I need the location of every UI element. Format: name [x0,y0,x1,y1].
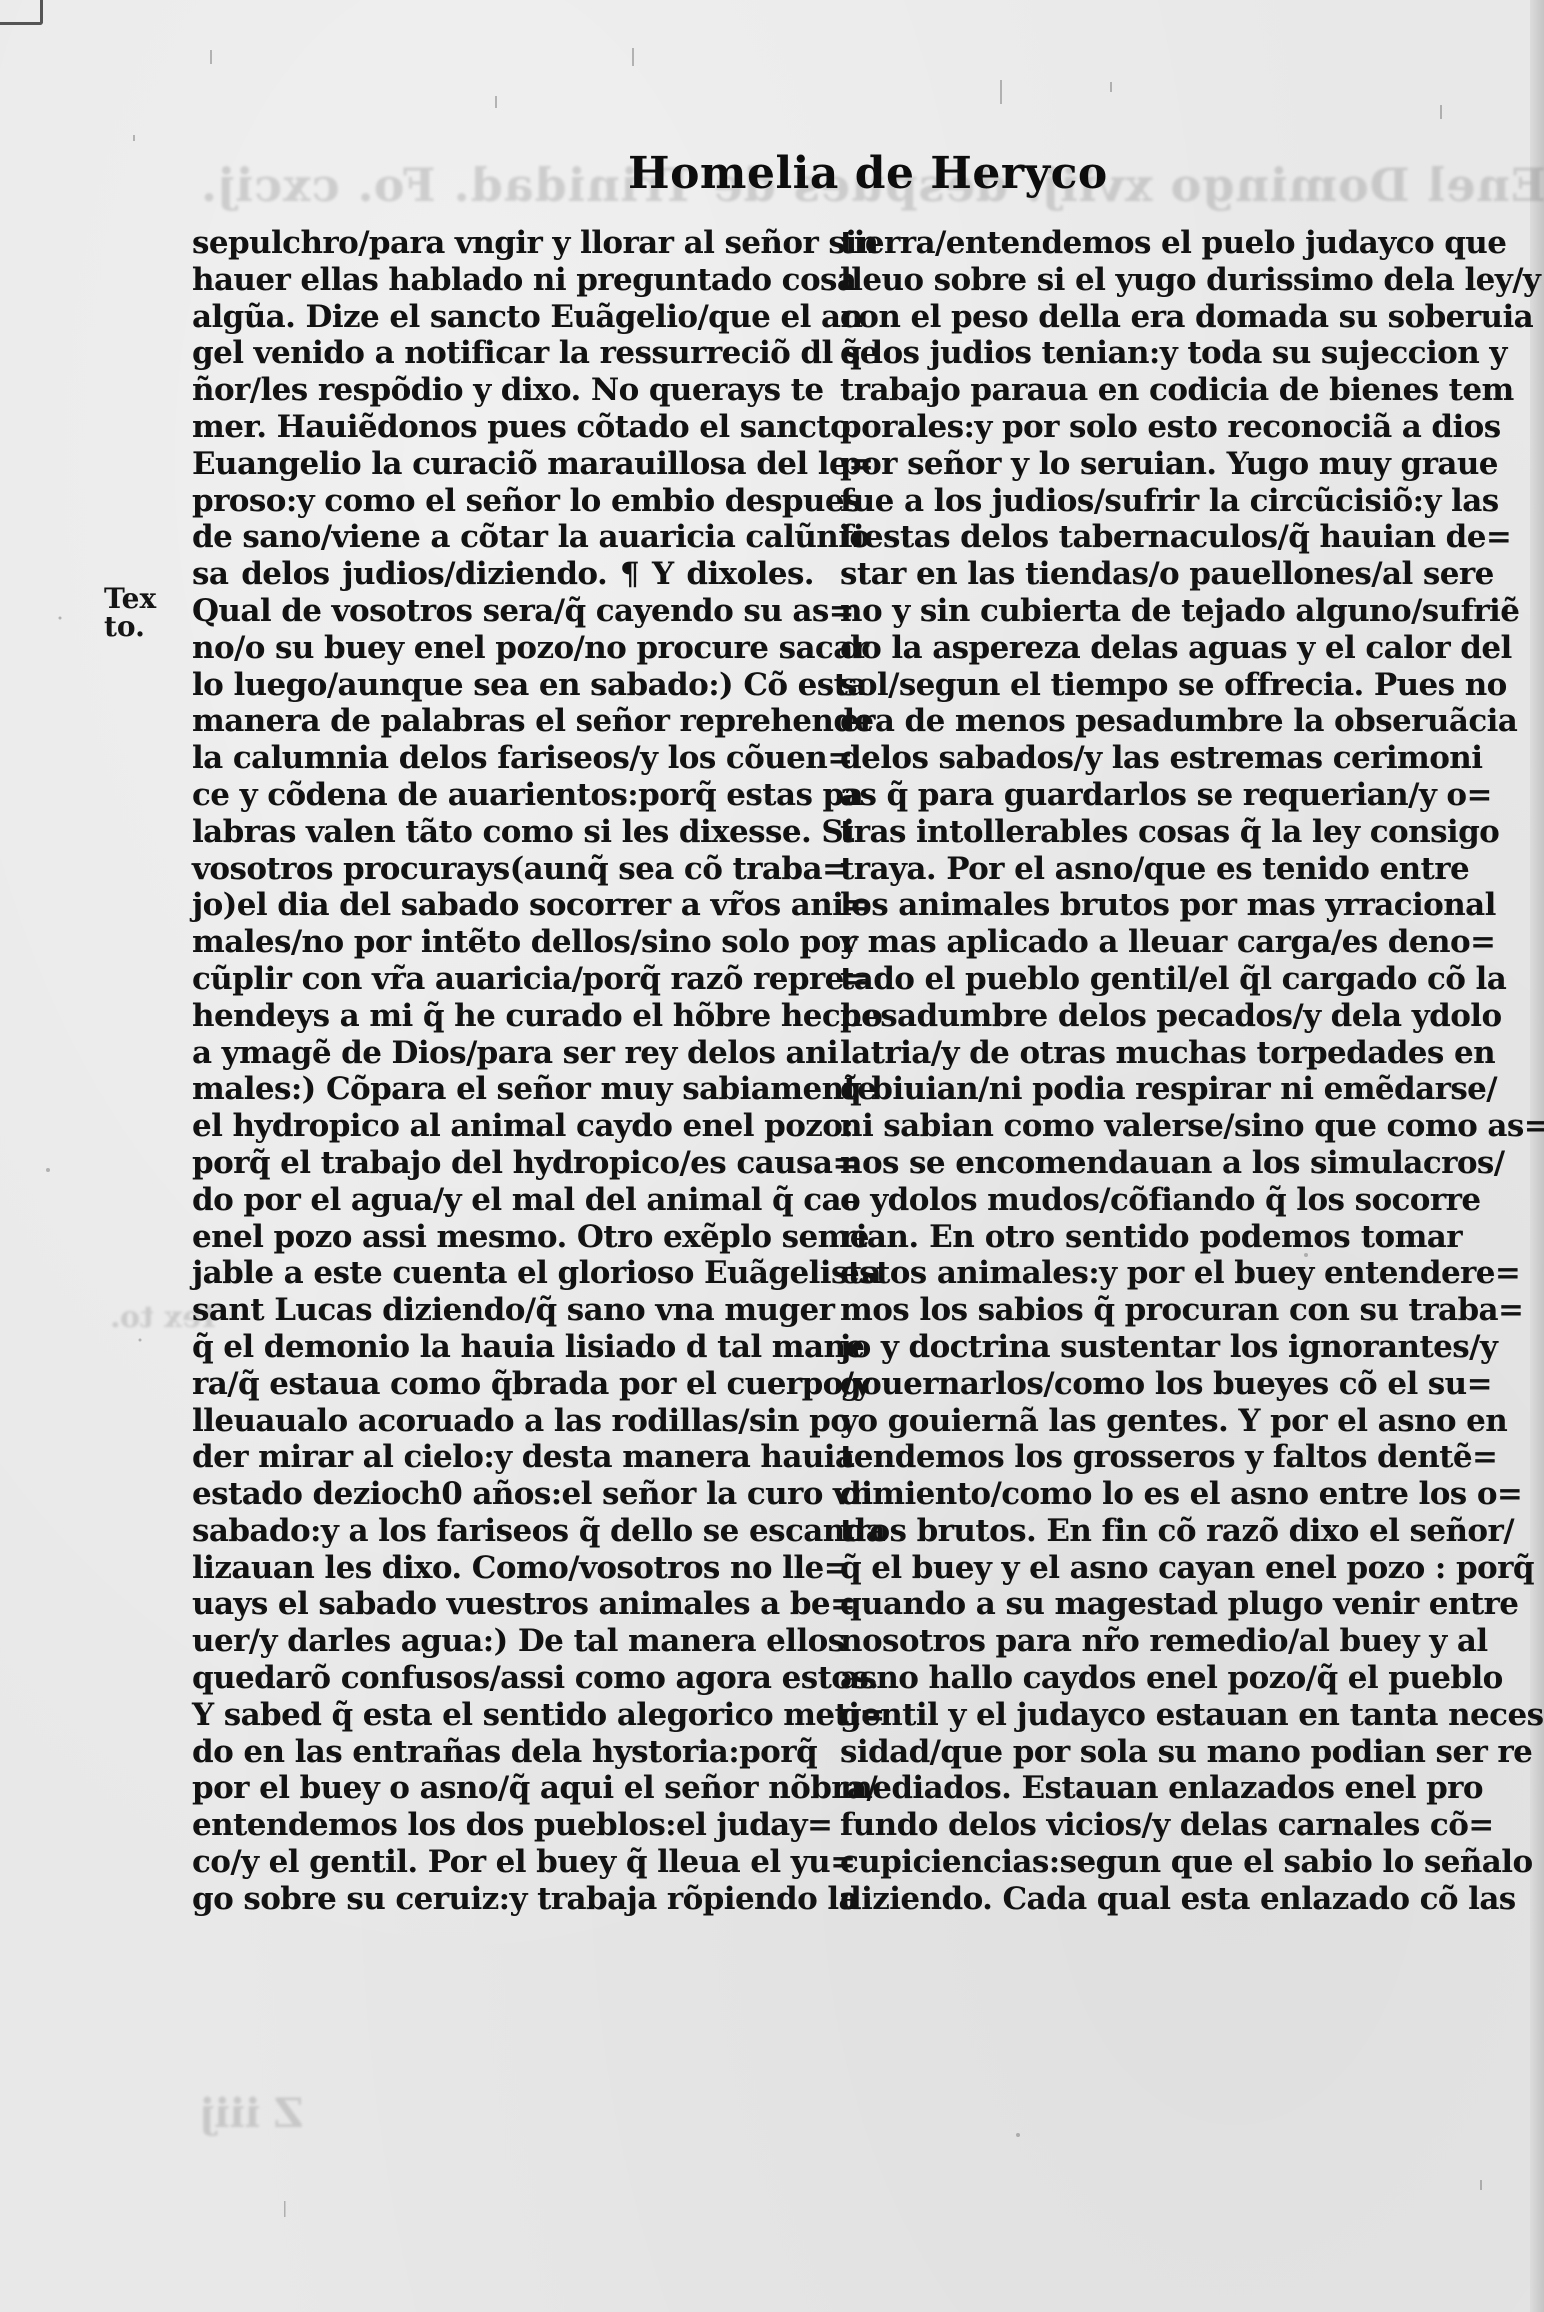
text-line: tado el pueblo gentil/el q̃l cargado cõ … [840,961,1462,998]
text-line: rian. En otro sentido podemos tomar [840,1219,1462,1256]
text-line: der mirar al cielo:y desta manera hauia [192,1439,814,1476]
text-line: males:) Cõpara el señor muy sabiamente [192,1071,814,1108]
text-line: o ydolos mudos/cõfiando q̃ los socorre [840,1182,1462,1219]
text-line: tierra/entendemos el puelo judayco que [840,225,1462,262]
scanned-page: Enel Domingo xviij. despues de Trinidad.… [0,0,1544,2312]
text-line: y mas aplicado a lleuar carga/es deno= [840,924,1462,961]
text-line: tendemos los grosseros y faltos dentẽ= [840,1439,1462,1476]
text-line: mediados. Estauan enlazados enel pro [840,1770,1462,1807]
text-line: sepulchro/para vngir y llorar al señor s… [192,225,814,262]
text-line: sant Lucas diziendo/q̃ sano vna muger [192,1292,814,1329]
text-line: cũplir con vr̃a auaricia/porq̃ razõ repr… [192,961,814,998]
text-line: Y sabed q̃ esta el sentido alegorico met… [192,1697,814,1734]
text-line: entendemos los dos pueblos:el juday= [192,1807,814,1844]
text-line: traya. Por el asno/que es tenido entre [840,851,1462,888]
text-line: por el buey o asno/q̃ aqui el señor nõbr… [192,1770,814,1807]
text-line: do por el agua/y el mal del animal q̃ ca… [192,1182,814,1219]
text-line: gel venido a notificar la ressurreciõ dl… [192,335,814,372]
text-line: porales:y por solo esto reconociã a dios [840,409,1462,446]
text-line: Qual de vosotros sera/q̃ cayendo su as= [192,593,814,630]
text-line: q̃ los judios tenian:y toda su sujeccion… [840,335,1462,372]
text-line: delos sabados/y las estremas cerimoni [840,740,1462,777]
text-line: uays el sabado vuestros animales a be= [192,1586,814,1623]
text-line: quedarõ confusos/assi como agora estos. [192,1660,814,1697]
text-line: algũa. Dize el sancto Euãgelio/que el an [192,299,814,336]
text-line: q̃ el demonio la hauia lisiado d tal man… [192,1329,814,1366]
text-line: q̃ biuian/ni podia respirar ni emẽdarse/ [840,1071,1462,1108]
text-line: pesadumbre delos pecados/y dela ydolo [840,998,1462,1035]
text-line: jo)el dia del sabado socorrer a vr̃os an… [192,887,814,924]
text-line: lizauan les dixo. Como/vosotros no lle= [192,1550,814,1587]
text-line: do en las entrañas dela hystoria:porq̃ [192,1734,814,1771]
marginal-note-text: Tex to. [104,585,164,641]
text-line: porq̃ el trabajo del hydropico/es causa= [192,1145,814,1182]
text-line: a ymagẽ de Dios/para ser rey delos ani [192,1035,814,1072]
text-line: fundo delos vicios/y delas carnales cõ= [840,1807,1462,1844]
text-line: labras valen tãto como si les dixesse. S… [192,814,814,851]
text-line: yo gouiernã las gentes. Y por el asno en [840,1403,1462,1440]
text-line: go sobre su ceruiz:y trabaja rõpiendo la [192,1881,814,1918]
text-line: manera de palabras el señor reprehende [192,703,814,740]
text-line: estado dezioch0 años:el señor la curo vn [192,1476,814,1513]
bleed-through-folio-signature: Z iiij [200,2090,303,2137]
text-line: q̃ el buey y el asno cayan enel pozo : p… [840,1550,1462,1587]
text-line: fue a los judios/sufrir la circũcisiõ:y … [840,483,1462,520]
text-line: trabajo paraua en codicia de bienes tem [840,372,1462,409]
text-line: no/o su buey enel pozo/no procure sacar [192,630,814,667]
text-line: el hydropico al animal caydo enel pozo: [192,1108,814,1145]
text-line: gouernarlos/como los bueyes cõ el su= [840,1366,1462,1403]
text-line: tras intollerables cosas q̃ la ley consi… [840,814,1462,851]
marginal-note-textus: Tex to. [104,585,164,641]
text-line: Euangelio la curaciõ marauillosa del le= [192,446,814,483]
text-column-right: tierra/entendemos el puelo judayco quell… [840,225,1462,1918]
text-line: latria/y de otras muchas torpedades en [840,1035,1462,1072]
text-line: los animales brutos por mas yrracional [840,887,1462,924]
text-line: era de menos pesadumbre la obseruãcia [840,703,1462,740]
text-line: mos los sabios q̃ procuran con su traba= [840,1292,1462,1329]
text-line: hendeys a mi q̃ he curado el hõbre hecho [192,998,814,1035]
text-line: no y sin cubierta de tejado alguno/sufri… [840,593,1462,630]
text-line: tros brutos. En fin cõ razõ dixo el seño… [840,1513,1462,1550]
text-line: ni sabian como valerse/sino que como as= [840,1108,1462,1145]
text-line: cupiciencias:segun que el sabio lo señal… [840,1844,1462,1881]
text-line: por señor y lo seruian. Yugo muy graue [840,446,1462,483]
text-line: estos animales:y por el buey entendere= [840,1255,1462,1292]
text-line: de sano/viene a cõtar la auaricia calũni… [192,519,814,556]
text-line: gentil y el judayco estauan en tanta nec… [840,1697,1462,1734]
text-line: la calumnia delos fariseos/y los cõuen= [192,740,814,777]
text-line: sa delos judios/diziendo. ¶ Y dixoles. [192,556,814,593]
text-line: lleuo sobre si el yugo durissimo dela le… [840,262,1462,299]
text-line: co/y el gentil. Por el buey q̃ lleua el … [192,1844,814,1881]
text-line: sidad/que por sola su mano podian ser re [840,1734,1462,1771]
text-line: hauer ellas hablado ni preguntado cosa [192,262,814,299]
text-line: star en las tiendas/o pauellones/al sere [840,556,1462,593]
text-line: lo luego/aunque sea en sabado:) Cõ esta [192,667,814,704]
text-line: sabado:y a los fariseos q̃ dello se esca… [192,1513,814,1550]
text-line: mer. Hauiẽdonos pues cõtado el sancto [192,409,814,446]
text-line: diziendo. Cada qual esta enlazado cõ las [840,1881,1462,1918]
text-line: dimiento/como lo es el asno entre los o= [840,1476,1462,1513]
text-line: ce y cõdena de auarientos:porq̃ estas pa [192,777,814,814]
text-line: do la aspereza delas aguas y el calor de… [840,630,1462,667]
text-line: males/no por intẽto dellos/sino solo por [192,924,814,961]
text-line: nosotros para nr̃o remedio/al buey y al [840,1623,1462,1660]
text-column-left: sepulchro/para vngir y llorar al señor s… [192,225,814,1918]
text-line: ñor/les respõdio y dixo. No querays te [192,372,814,409]
text-line: asno hallo caydos enel pozo/q̃ el pueblo [840,1660,1462,1697]
text-line: jable a este cuenta el glorioso Euãgelis… [192,1255,814,1292]
text-line: nos se encomendauan a los simulacros/ [840,1145,1462,1182]
page-edge-shadow [1530,0,1544,2312]
text-line: fiestas delos tabernaculos/q̃ hauian de= [840,519,1462,556]
text-line: enel pozo assi mesmo. Otro exẽplo seme [192,1219,814,1256]
text-line: quando a su magestad plugo venir entre [840,1586,1462,1623]
running-head-title: Homelia de Heryco [628,148,1108,199]
text-line: as q̃ para guardarlos se requerian/y o= [840,777,1462,814]
text-line: sol/segun el tiempo se offrecia. Pues no [840,667,1462,704]
text-line: ra/q̃ estaua como q̃brada por el cuerpo/… [192,1366,814,1403]
text-line: con el peso della era domada su soberuia [840,299,1462,336]
page-corner-mark [0,0,43,25]
text-line: vosotros procurays(aunq̃ sea cõ traba= [192,851,814,888]
text-line: lleuaualo acoruado a las rodillas/sin po [192,1403,814,1440]
text-line: uer/y darles agua:) De tal manera ellos [192,1623,814,1660]
text-line: jo y doctrina sustentar los ignorantes/y [840,1329,1462,1366]
text-line: proso:y como el señor lo embio despues [192,483,814,520]
